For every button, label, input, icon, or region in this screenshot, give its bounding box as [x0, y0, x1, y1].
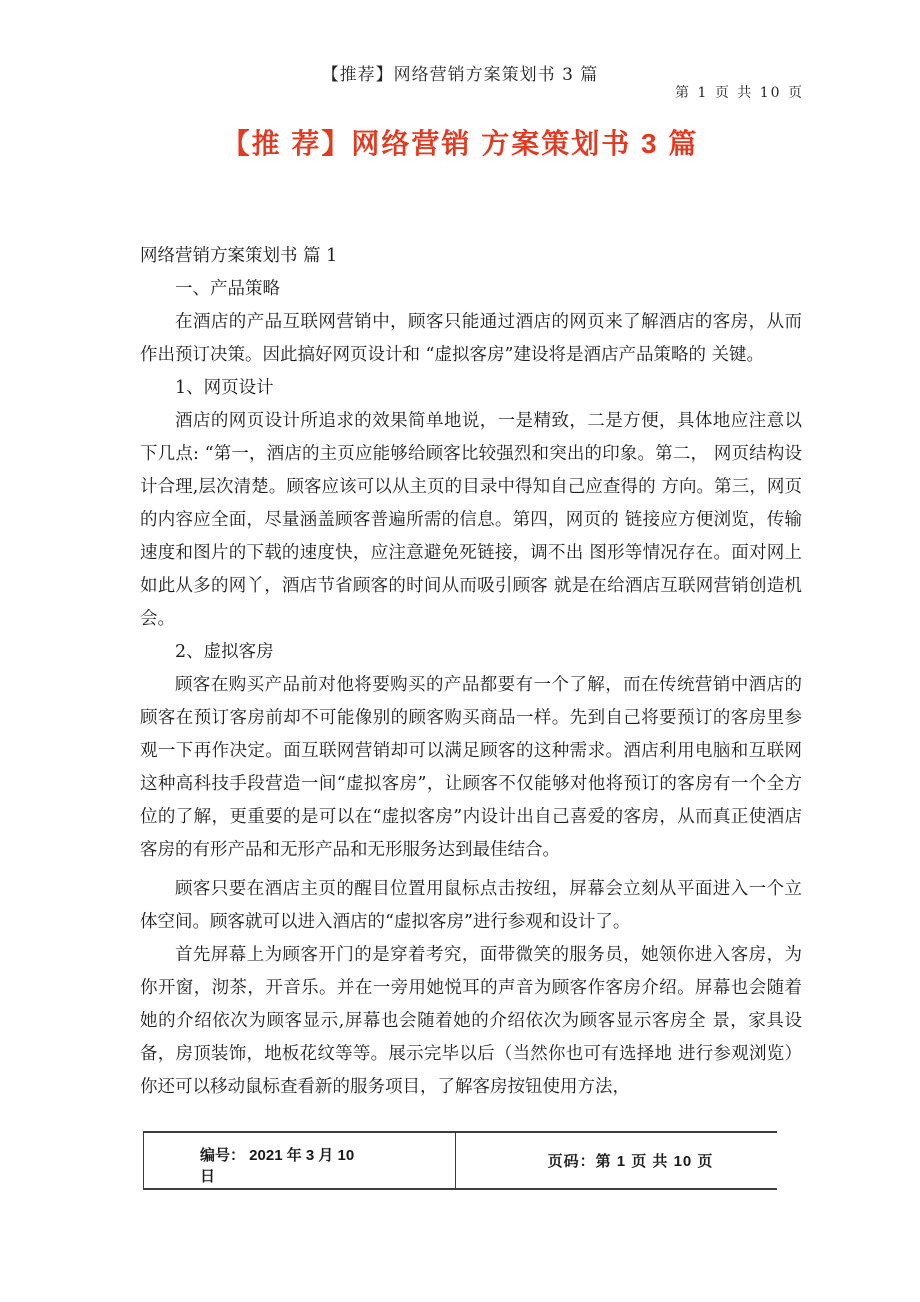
document-title: 【推 荐】网络营销 方案策划书 3 篇	[0, 122, 920, 162]
document-page: 【推荐】网络营销方案策划书 3 篇 第 1 页 共 10 页 【推 荐】网络营销…	[0, 0, 920, 1302]
paragraph: 顾客只要在酒店主页的醒目位置用鼠标点击按纽，屏幕会立刻从平面进入一个立体空间。顾…	[140, 873, 802, 939]
heading-product-strategy: 一、产品策略	[140, 273, 802, 306]
footer-page-cell: 页码：第 1 页 共 10 页	[456, 1133, 777, 1188]
running-header-page-indicator: 第 1 页 共 10 页	[675, 82, 804, 102]
footer-table: 编号： 2021 年 3 月 10 日 页码：第 1 页 共 10 页	[143, 1131, 777, 1190]
paragraph: 在酒店的产品互联网营销中，顾客只能通过酒店的网页来了解酒店的客房，从而作出预订决…	[140, 306, 802, 372]
paragraph: 顾客在购买产品前对他将要购买的产品都要有一个了解，而在传统营销中酒店的顾客在预订…	[140, 669, 802, 867]
paragraph: 首先屏幕上为顾客开门的是穿着考究，面带微笑的服务员，她领你进入客房，为你开窗，沏…	[140, 939, 802, 1104]
document-body: 网络营销方案策划书 篇 1 一、产品策略 在酒店的产品互联网营销中，顾客只能通过…	[140, 240, 802, 1104]
paragraph: 酒店的网页设计所追求的效果简单地说，一是精致，二是方便，具体地应注意以下几点: …	[140, 405, 802, 636]
heading-virtual-room: 2、虚拟客房	[140, 636, 802, 669]
section-label: 网络营销方案策划书 篇 1	[140, 240, 802, 273]
heading-webpage-design: 1、网页设计	[140, 372, 802, 405]
footer-number-cell: 编号： 2021 年 3 月 10 日	[144, 1133, 456, 1188]
